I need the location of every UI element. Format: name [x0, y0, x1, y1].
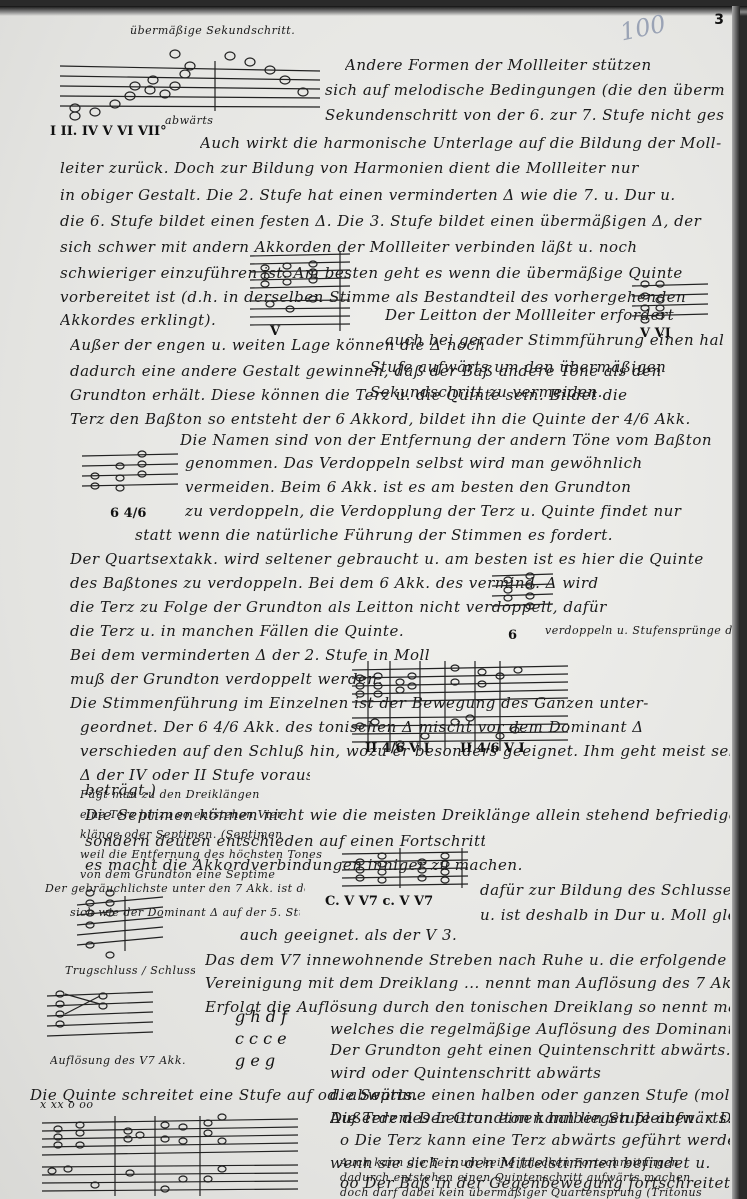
text-line: Außerdem Der Grundton kann liegen bleibe… — [330, 1109, 730, 1127]
ex3-numerals: V VI — [640, 326, 671, 341]
text-line: welches die regelmäßige Auflösung des Do… — [330, 1020, 730, 1038]
ex1-label: abwärts — [165, 114, 213, 127]
ex4-figures: 6 4/6 — [110, 506, 146, 521]
text-line: u. ist deshalb in Dur u. Moll gleich, — [480, 906, 730, 924]
text-line: wird oder Quintenschritt abwärts — [330, 1064, 730, 1082]
pitch-letters-row2: c c c e — [235, 1028, 287, 1050]
text-line: statt wenn die natürliche Führung der St… — [135, 526, 635, 544]
text-line: die Terz u. in manchen Fällen die Quinte… — [70, 622, 480, 640]
text-line: Außer der engen u. weiten Lage können di… — [70, 336, 610, 354]
manuscript-page: 3 100 übermäßige Sekundschritt. I II. IV… — [0, 6, 740, 1199]
text-line: Der Quartsextakk. wird seltener gebrauch… — [70, 550, 730, 568]
ex6-numerals-b: II 4/6 V I — [460, 741, 525, 756]
pitch-letters-row1: g h d f — [235, 1006, 287, 1028]
text-line: Das dem V7 innewohnende Streben nach Ruh… — [205, 951, 730, 969]
text-line: Akkordes erklingt). — [60, 311, 240, 329]
text-line: dadurch entstehen einen Quintenschritt a… — [340, 1171, 730, 1184]
text-line: o Die Terz kann eine Terz abwärts geführ… — [340, 1131, 730, 1149]
text-line: Die Namen sind von der Entfernung der an… — [180, 431, 730, 449]
ex9-label: Auflösung des V7 Akk. — [50, 1054, 200, 1067]
text-line: Sekundenschritt von der 6. zur 7. Stufe … — [325, 106, 725, 124]
text-line: zu verdoppeln, die Verdopplung der Terz … — [185, 502, 725, 520]
music-example-7 — [340, 846, 470, 891]
text-line: vermeiden. Beim 6 Akk. ist es am besten … — [185, 478, 725, 496]
text-line: dadurch eine andere Gestalt gewinnen, da… — [70, 362, 730, 380]
text-line: sich auf melodische Bedingungen (die den… — [325, 81, 725, 99]
music-example-3 — [630, 276, 710, 326]
text-line: auch geeignet. als der V 3. — [240, 926, 730, 944]
text-line: Grundton erhält. Diese können die Terz u… — [70, 386, 730, 404]
ex6-numerals-a: II 4/6 V I — [365, 741, 430, 756]
text-line: genommen. Das Verdoppeln selbst wird man… — [185, 454, 725, 472]
text-line: Der Grundton geht einen Quintenschritt a… — [330, 1041, 730, 1059]
text-line: Terz den Baßton so entsteht der 6 Akkord… — [70, 410, 730, 428]
text-line: Auch kann die Terz um keine falschen For… — [340, 1156, 730, 1169]
text-line: Die Septimen können nicht wie die meiste… — [85, 806, 730, 824]
music-example-2 — [245, 246, 355, 336]
ex5-figure: 6 — [508, 628, 517, 643]
music-example-4 — [80, 446, 180, 506]
pitch-letters-row3: g e g — [235, 1050, 275, 1072]
text-line: leiter zurück. Doch zur Bildung von Harm… — [60, 159, 730, 177]
text-line: die 6. Stufe bildet einen festen Δ. Die … — [60, 212, 730, 230]
heading: übermäßige Sekundschritt. — [130, 24, 295, 37]
text-line: sich schwer mit andern Akkorden der Moll… — [60, 238, 730, 256]
ex1-roman-numerals: I II. IV V VI VII° — [50, 124, 167, 139]
text-line: verdoppeln u. Stufensprünge des verminde… — [545, 624, 735, 637]
text-line: beträgt.) — [85, 781, 730, 799]
text-line: doch darf dabei kein übermäßiger Quarten… — [340, 1186, 730, 1199]
ex7-numerals: C. V V7 c. V V7 — [325, 894, 433, 909]
ex10-marks: x xx o oo — [40, 1098, 290, 1111]
text-line: Auch wirkt die harmonische Unterlage auf… — [200, 134, 730, 152]
music-example-8 — [75, 881, 165, 961]
page-number: 3 — [714, 12, 724, 28]
ex8-label: Trugschluss / Schlusskadenz — [65, 964, 195, 977]
page-edge-right — [732, 6, 740, 1199]
music-example-5 — [490, 566, 555, 626]
text-line: in obiger Gestalt. Die 2. Stufe hat eine… — [60, 186, 730, 204]
text-line: dafür zur Bildung des Schlusses — [480, 881, 730, 899]
text-line: Vereinigung mit dem Dreiklang ... nennt … — [205, 974, 730, 992]
text-line: Andere Formen der Mollleiter stützen — [345, 56, 725, 74]
text-line: des Baßtones zu verdoppeln. Bei dem 6 Ak… — [70, 574, 730, 592]
music-example-9 — [45, 986, 155, 1046]
music-example-10 — [40, 1111, 300, 1196]
text-line: die Terz zu Folge der Grundton als Leitt… — [70, 598, 710, 616]
